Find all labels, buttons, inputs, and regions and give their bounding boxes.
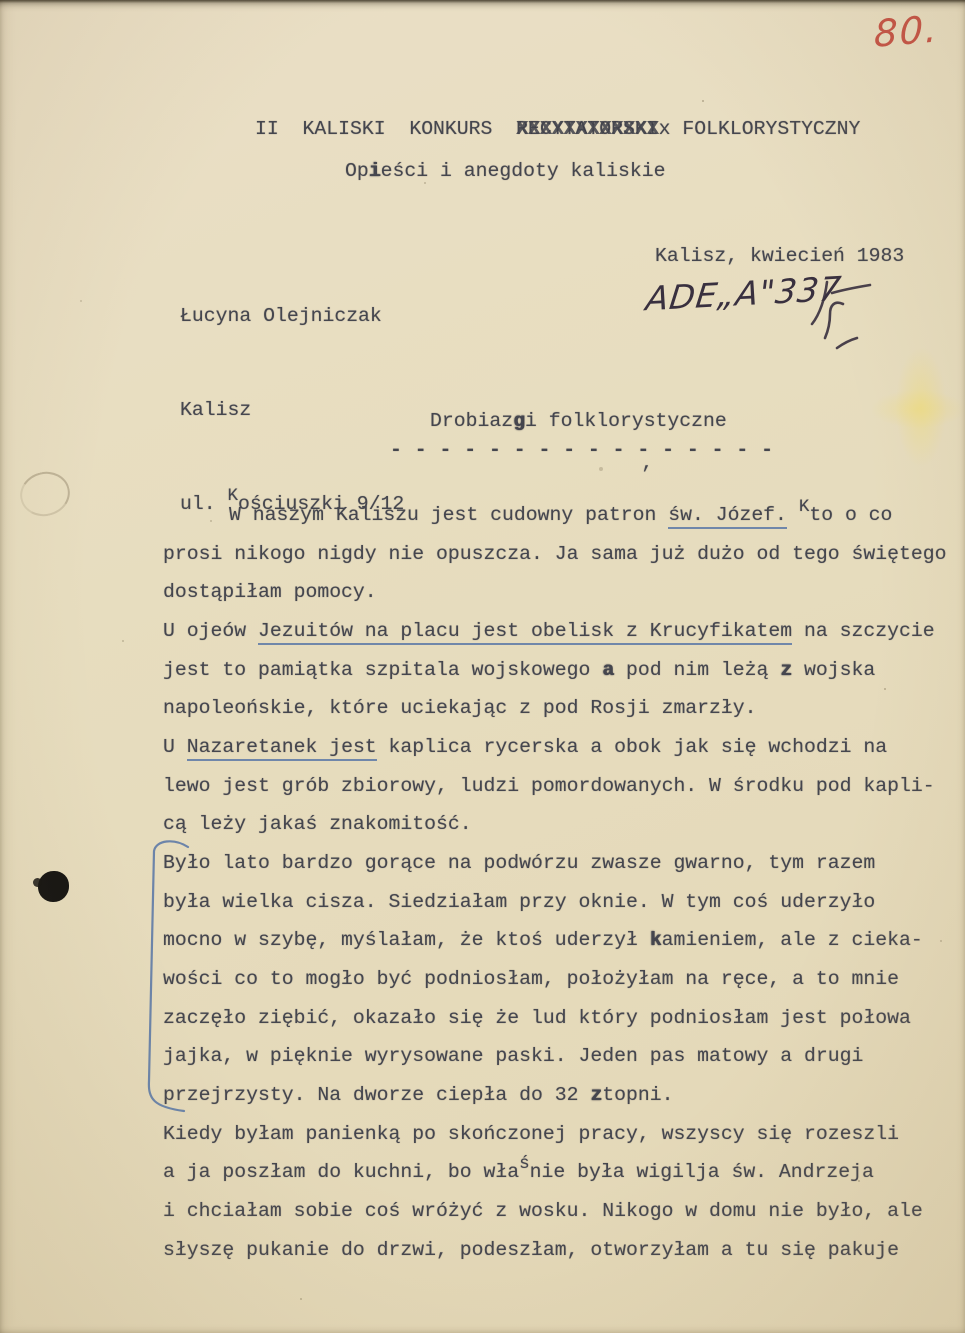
text-segment: napoleońskie, które uciekając z pod Rosj… bbox=[163, 697, 757, 719]
title-line-2: Opieści i anegdoty kaliskie bbox=[345, 158, 666, 184]
text-segment: a ja poszłam do kuchni, bo wła bbox=[163, 1161, 519, 1183]
body-line: i chciałam sobie coś wróżyć z wosku. Nik… bbox=[163, 1192, 965, 1231]
body-line: zaczęło ziębić, okazało się że lud który… bbox=[163, 999, 965, 1038]
text-segment: wojska bbox=[792, 659, 875, 681]
scanned-page: 80. II KALISKI KONKURS RECYTATORSKIXXXXX… bbox=[0, 0, 965, 1333]
text-segment: K bbox=[799, 497, 810, 517]
text-segment: i bbox=[369, 160, 381, 182]
body-line: przejrzysty. Na dworze ciepła do 32 ztop… bbox=[163, 1076, 965, 1115]
handwritten-strokes bbox=[800, 272, 930, 382]
body-line: lewo jest grób zbiorowy, ludzi pomordowa… bbox=[163, 767, 965, 806]
text-segment: z bbox=[780, 659, 792, 681]
text-segment: Drobiaz bbox=[430, 410, 513, 432]
text-segment: Jezuitów na placu jest obelisk z Krucyfi… bbox=[258, 620, 792, 645]
paper-stain bbox=[872, 390, 964, 428]
text-segment: U ojeów bbox=[163, 620, 258, 642]
strikeover-x: XXXXXXXXXXXX bbox=[516, 116, 658, 142]
text-segment bbox=[787, 504, 799, 526]
body-line: Było lato bardzo gorące na podwórzu zwas… bbox=[163, 844, 965, 883]
text-segment: i chciałam sobie coś wróżyć z wosku. Nik… bbox=[163, 1200, 923, 1222]
text-segment: wości co to mogło być podniosłam, położy… bbox=[163, 968, 899, 990]
ink-blot bbox=[38, 871, 69, 902]
title-line-1: II KALISKI KONKURS RECYTATORSKIXXXXXXXXX… bbox=[255, 116, 860, 142]
body-line: słyszę pukanie do drzwi, podeszłam, otwo… bbox=[163, 1231, 965, 1270]
text-segment: jest to pamiątka szpitala wojskowego bbox=[163, 659, 602, 681]
text-segment: zaczęło ziębić, okazało się że lud który… bbox=[163, 1007, 911, 1029]
text-segment: RECYTATORSKIXXXXXXXXXXXX bbox=[516, 116, 658, 142]
paper-specks bbox=[0, 0, 2, 2]
dateline: Kalisz, kwiecień 1983 bbox=[655, 243, 904, 269]
margin-bracket bbox=[136, 835, 200, 1135]
text-segment: ś bbox=[519, 1154, 530, 1174]
body-text: W naszym Kaliszu jest cudowny patron św.… bbox=[163, 496, 965, 1269]
body-line: U ojeów Jezuitów na placu jest obelisk z… bbox=[163, 612, 965, 651]
text-segment: pod nim leżą bbox=[614, 659, 780, 681]
text-segment: prosi nikogo nigdy nie opuszcza. Ja sama… bbox=[163, 543, 946, 565]
body-line: U Nazaretanek jest kaplica rycerska a ob… bbox=[163, 728, 965, 767]
text-segment: jajka, w pięknie wyrysowane paski. Jeden… bbox=[163, 1045, 863, 1067]
punch-mark-circle bbox=[15, 467, 74, 522]
text-segment: mocno w szybę, myślałam, że ktoś uderzył bbox=[163, 929, 650, 951]
text-segment: lewo jest grób zbiorowy, ludzi pomordowa… bbox=[163, 775, 935, 797]
body-line: napoleońskie, które uciekając z pod Rosj… bbox=[163, 689, 965, 728]
text-segment: -, bbox=[637, 439, 649, 461]
body-line: Kiedy byłam panienką po skończonej pracy… bbox=[163, 1115, 965, 1154]
text-segment: przejrzysty. Na dworze ciepła do 32 bbox=[163, 1084, 590, 1106]
text-segment: dostąpiłam pomocy. bbox=[163, 581, 377, 603]
author-name: Łucyna Olejniczak bbox=[180, 295, 404, 337]
text-segment: Kiedy byłam panienką po skończonej pracy… bbox=[163, 1123, 899, 1145]
text-segment: kaplica rycerska a obok jak się wchodzi … bbox=[377, 736, 887, 758]
scan-edge-shadow bbox=[0, 0, 965, 3]
text-segment: słyszę pukanie do drzwi, podeszłam, otwo… bbox=[163, 1239, 899, 1261]
text-segment: eści i anegdoty kaliskie bbox=[381, 160, 666, 182]
text-segment: FOLKLORYSTYCZNY bbox=[682, 118, 860, 140]
body-line: wości co to mogło być podniosłam, położy… bbox=[163, 960, 965, 999]
handwritten-page-number: 80. bbox=[874, 7, 939, 56]
body-line: była wielka cisza. Siedziałam przy oknie… bbox=[163, 883, 965, 922]
text-segment: a bbox=[602, 659, 614, 681]
author-city: Kalisz bbox=[180, 389, 404, 431]
text-segment: k bbox=[650, 929, 662, 951]
text-segment: x bbox=[659, 118, 683, 140]
text-segment: II KALISKI KONKURS bbox=[255, 118, 516, 140]
text-segment: z bbox=[590, 1084, 602, 1106]
comma-mark: , bbox=[641, 450, 653, 476]
body-line: jest to pamiątka szpitala wojskowego a p… bbox=[163, 651, 965, 690]
body-line: jajka, w pięknie wyrysowane paski. Jeden… bbox=[163, 1037, 965, 1076]
body-line: cą leży jakaś znakomitość. bbox=[163, 805, 965, 844]
body-line: a ja poszłam do kuchni, bo właśnie była … bbox=[163, 1153, 965, 1192]
section-heading: Drobiazgi folklorystyczne bbox=[430, 408, 727, 434]
text-segment: U bbox=[163, 736, 187, 758]
text-segment: Było lato bardzo gorące na podwórzu zwas… bbox=[163, 852, 875, 874]
text-segment: na szczycie bbox=[792, 620, 934, 642]
dashed-rule: - - - - - - - - - - -, - - - - - bbox=[390, 437, 774, 463]
body-line: W naszym Kaliszu jest cudowny patron św.… bbox=[163, 496, 965, 535]
text-segment: była wielka cisza. Siedziałam przy oknie… bbox=[163, 891, 875, 913]
text-segment: to o co bbox=[809, 504, 892, 526]
text-segment: Nazaretanek jest bbox=[187, 736, 377, 761]
text-segment: amieniem, ale z cieka- bbox=[662, 929, 923, 951]
text-segment: W naszym Kaliszu jest cudowny patron bbox=[229, 504, 668, 526]
text-segment: - - - - - bbox=[650, 439, 774, 461]
text-segment: - - - - - - - - - - bbox=[390, 439, 637, 461]
body-line: dostąpiłam pomocy. bbox=[163, 573, 965, 612]
body-line: mocno w szybę, myślałam, że ktoś uderzył… bbox=[163, 921, 965, 960]
text-segment: i folklorystyczne bbox=[525, 410, 727, 432]
text-segment: g bbox=[513, 410, 525, 432]
text-segment: topni. bbox=[602, 1084, 673, 1106]
text-segment: nie była wigilja św. Andrzeja bbox=[530, 1161, 874, 1183]
text-segment: cą leży jakaś znakomitość. bbox=[163, 813, 472, 835]
body-line: prosi nikogo nigdy nie opuszcza. Ja sama… bbox=[163, 535, 965, 574]
text-segment: Op bbox=[345, 160, 369, 182]
text-segment: św. Józef. bbox=[668, 504, 787, 529]
